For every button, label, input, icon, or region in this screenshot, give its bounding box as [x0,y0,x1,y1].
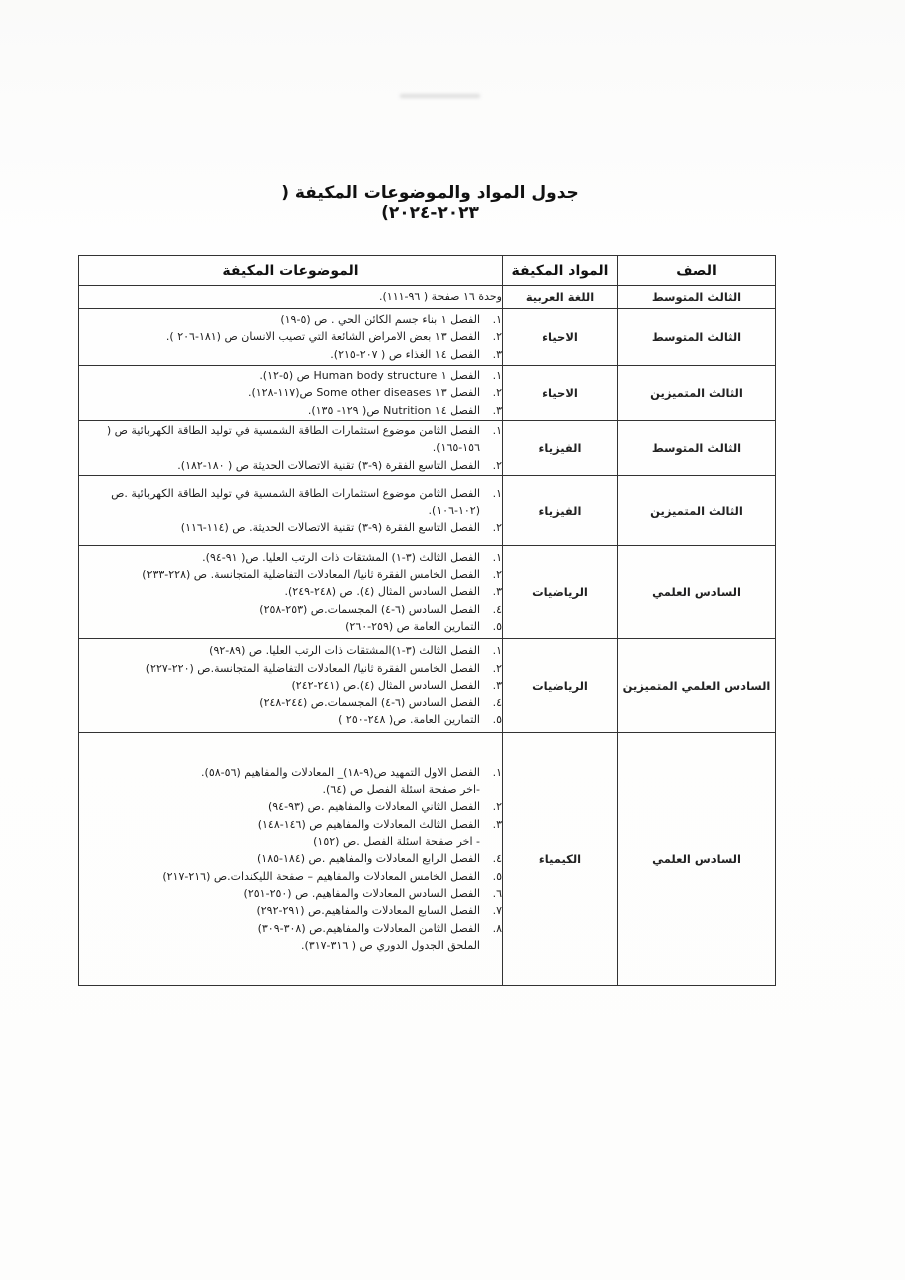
topic-item: ٣.الفصل السادس المثال (٤).ص (٢٤١-٢٤٢) [79,677,502,694]
topic-number: ٣. [480,346,502,363]
topic-text: الفصل الرابع المعادلات والمفاهيم .ص (١٨٤… [79,850,480,867]
topic-item: ٧.الفصل السابع المعادلات والمفاهيم.ص (٢٩… [79,902,502,919]
topic-item: ٥.التمارين العامة. ص( ٢٤٨-٢٥٠ ) [79,711,502,728]
topic-number: ١. [480,422,502,439]
topic-item: ٢.الفصل ١٣ Some other diseases ص(١١٧-١٢٨… [79,384,502,401]
header-topics: الموضوعات المكيفة [79,256,503,286]
topic-item: ٣.الفصل ١٤ الغذاء ص ( ٢٠٧-٢١٥). [79,346,502,363]
topic-text: الفصل الثالث (٣-١)المشتقات ذات الرتب الع… [79,642,480,659]
topic-item: ٤.الفصل السادس (٦-٤) المجسمات.ص (٢٤٤-٢٤٨… [79,694,502,711]
topic-note: ٠.- اخر صفحة اسئلة الفصل .ص (١٥٢) [79,833,502,850]
topic-list: ١.الفصل ١ Human body structure ص (٥-١٢).… [79,367,502,419]
topic-number: ١. [480,764,502,781]
topic-text: التمارين العامة. ص( ٢٤٨-٢٥٠ ) [79,711,480,728]
table-row: الثالث المتوسط اللغة العربية وحدة ١٦ صفح… [79,286,776,309]
topics-cell: ١.الفصل الاول التمهيد ص(٩-١٨)_ المعادلات… [79,733,503,986]
topic-number: ٣. [480,402,502,419]
topic-text: الملحق الجدول الدوري ص ( ٣١٦-٣١٧). [79,937,480,954]
topic-number: ٣. [480,677,502,694]
topic-item: ١.الفصل الثالث (٣-١)المشتقات ذات الرتب ا… [79,642,502,659]
topic-number: ١. [480,367,502,384]
table-row: الثالث المتميزين الفيزياء ١.الفصل الثامن… [79,476,776,546]
table-header-row: الصف المواد المكيفة الموضوعات المكيفة [79,256,776,286]
table-row: السادس العلمي الرياضيات ١.الفصل الثالث (… [79,546,776,639]
topic-number: ٨. [480,920,502,937]
topics-cell: ١.الفصل ١ بناء جسم الكائن الحي . ص (٥-١٩… [79,309,503,366]
topic-text: الفصل الخامس الفقرة ثانيا/ المعادلات الت… [79,566,480,583]
topic-text: الفصل الخامس المعادلات والمفاهيم – صفحة … [79,868,480,885]
topic-item: ٢.الفصل الثاني المعادلات والمفاهيم .ص (٩… [79,798,502,815]
topic-text: الفصل الثامن موضوع استثمارات الطاقة الشم… [79,485,480,520]
topic-number: ٥. [480,618,502,635]
grade-cell: السادس العلمي المتميزين [618,639,776,733]
table-row: الثالث المتميزين الاحياء ١.الفصل ١ Human… [79,366,776,421]
topic-list: ١.الفصل ١ بناء جسم الكائن الحي . ص (٥-١٩… [79,311,502,363]
grade-cell: الثالث المتوسط [618,286,776,309]
topic-number: ٦. [480,885,502,902]
topic-text: الفصل الثالث (٣-١) المشتقات ذات الرتب ال… [79,549,480,566]
topic-number: ٣. [480,583,502,600]
topic-item: ٦.الفصل السادس المعادلات والمفاهيم. ص (٢… [79,885,502,902]
topic-item: ٣.الفصل الثالث المعادلات والمفاهيم ص (١٤… [79,816,502,833]
topic-item: ٥.التمارين العامة ص (٢٥٩-٢٦٠) [79,618,502,635]
topic-number: ٧. [480,902,502,919]
topic-number: ١. [480,549,502,566]
topic-number: ٥. [480,711,502,728]
topic-number: ٥. [480,868,502,885]
topic-item: ٢.الفصل التاسع الفقرة (٩-٣) تقنية الاتصا… [79,457,502,474]
topic-item: ٥.الفصل الخامس المعادلات والمفاهيم – صفح… [79,868,502,885]
topic-text: الفصل الخامس الفقرة ثانيا/ المعادلات الت… [79,660,480,677]
header-grade: الصف [618,256,776,286]
topics-cell: وحدة ١٦ صفحة ( ٩٦-١١١). [79,286,503,309]
grade-cell: الثالث المتوسط [618,421,776,476]
topic-number: ٢. [480,566,502,583]
topic-number: ١. [480,642,502,659]
topic-text: وحدة ١٦ صفحة ( ٩٦-١١١). [379,290,502,303]
topic-text: -اخر صفحة اسئلة الفصل ص (٦٤). [79,781,480,798]
topic-number: ١. [480,485,502,502]
topic-text: الفصل الاول التمهيد ص(٩-١٨)_ المعادلات و… [79,764,480,781]
topic-item: ١.الفصل ١ بناء جسم الكائن الحي . ص (٥-١٩… [79,311,502,328]
topic-text: الفصل التاسع الفقرة (٩-٣) تقنية الاتصالا… [79,457,480,474]
topic-text: الفصل الثامن موضوع استثمارات الطاقة الشم… [79,422,480,457]
topic-text: الفصل السابع المعادلات والمفاهيم.ص (٢٩١-… [79,902,480,919]
topic-list: ١.الفصل الثامن موضوع استثمارات الطاقة ال… [79,422,502,474]
grade-cell: الثالث المتميزين [618,366,776,421]
document-title: جدول المواد والموضوعات المكيفة ( ٢٠٢٣-٢٠… [240,183,620,223]
topic-list: ١.الفصل الثامن موضوع استثمارات الطاقة ال… [79,485,502,537]
subject-cell: الاحياء [503,309,618,366]
table-row: الثالث المتوسط الاحياء ١.الفصل ١ بناء جس… [79,309,776,366]
topic-item: ٣.الفصل ١٤ Nutrition ص( ١٢٩- ١٣٥). [79,402,502,419]
topic-item: ٢.الفصل الخامس الفقرة ثانيا/ المعادلات ا… [79,660,502,677]
topic-note: ٠.الملحق الجدول الدوري ص ( ٣١٦-٣١٧). [79,937,502,954]
topic-list: ١.الفصل الثالث (٣-١) المشتقات ذات الرتب … [79,549,502,635]
grade-cell: السادس العلمي [618,733,776,986]
subject-cell: الرياضيات [503,546,618,639]
topic-number: ٢. [480,457,502,474]
topic-item: ١.الفصل الثامن موضوع استثمارات الطاقة ال… [79,485,502,520]
subject-cell: الكيمياء [503,733,618,986]
table-row: السادس العلمي المتميزين الرياضيات ١.الفص… [79,639,776,733]
table-row: الثالث المتوسط الفيزياء ١.الفصل الثامن م… [79,421,776,476]
topic-list: ١.الفصل الثالث (٣-١)المشتقات ذات الرتب ا… [79,642,502,728]
topics-cell: ١.الفصل الثالث (٣-١)المشتقات ذات الرتب ا… [79,639,503,733]
topic-text: الفصل ١٤ الغذاء ص ( ٢٠٧-٢١٥). [79,346,480,363]
table-row: السادس العلمي الكيمياء ١.الفصل الاول الت… [79,733,776,986]
table-body: الثالث المتوسط اللغة العربية وحدة ١٦ صفح… [79,286,776,986]
topic-number: ٢. [480,798,502,815]
topic-text: الفصل السادس (٦-٤) المجسمات.ص (٢٥٣-٢٥٨) [79,601,480,618]
topic-text: الفصل ١٤ Nutrition ص( ١٢٩- ١٣٥). [79,402,480,419]
grade-cell: السادس العلمي [618,546,776,639]
topic-text: الفصل السادس (٦-٤) المجسمات.ص (٢٤٤-٢٤٨) [79,694,480,711]
topic-number: ٢. [480,660,502,677]
topic-number: ٤. [480,601,502,618]
subject-cell: الفيزياء [503,476,618,546]
topics-cell: ١.الفصل الثامن موضوع استثمارات الطاقة ال… [79,476,503,546]
topic-text: الفصل ١٣ Some other diseases ص(١١٧-١٢٨). [79,384,480,401]
subject-cell: الاحياء [503,366,618,421]
topic-item: ٢.الفصل ١٣ بعض الامراض الشائعة التي تصيب… [79,328,502,345]
header-subject: المواد المكيفة [503,256,618,286]
topics-cell: ١.الفصل الثامن موضوع استثمارات الطاقة ال… [79,421,503,476]
topic-number: ٤. [480,850,502,867]
topic-text: الفصل التاسع الفقرة (٩-٣) تقنية الاتصالا… [79,519,480,536]
grade-cell: الثالث المتوسط [618,309,776,366]
topic-item: ١.الفصل الاول التمهيد ص(٩-١٨)_ المعادلات… [79,764,502,781]
topic-text: الفصل ١ بناء جسم الكائن الحي . ص (٥-١٩) [79,311,480,328]
topic-text: الفصل الثاني المعادلات والمفاهيم .ص (٩٣-… [79,798,480,815]
topic-item: ٢.الفصل التاسع الفقرة (٩-٣) تقنية الاتصا… [79,519,502,536]
subject-cell: الفيزياء [503,421,618,476]
grade-cell: الثالث المتميزين [618,476,776,546]
topic-item: ١.الفصل الثالث (٣-١) المشتقات ذات الرتب … [79,549,502,566]
topic-item: ٢.الفصل الخامس الفقرة ثانيا/ المعادلات ا… [79,566,502,583]
topic-note: ٠.-اخر صفحة اسئلة الفصل ص (٦٤). [79,781,502,798]
topic-text: الفصل ١ Human body structure ص (٥-١٢). [79,367,480,384]
topic-item: ٣.الفصل السادس المثال (٤). ص (٢٤٨-٢٤٩). [79,583,502,600]
topic-list: ١.الفصل الاول التمهيد ص(٩-١٨)_ المعادلات… [79,764,502,954]
topic-text: الفصل الثامن المعادلات والمفاهيم.ص (٣٠٨-… [79,920,480,937]
topic-text: الفصل السادس المثال (٤).ص (٢٤١-٢٤٢) [79,677,480,694]
topics-cell: ١.الفصل الثالث (٣-١) المشتقات ذات الرتب … [79,546,503,639]
topic-number: ٤. [480,694,502,711]
topic-number: ٢. [480,384,502,401]
document-page: جدول المواد والموضوعات المكيفة ( ٢٠٢٣-٢٠… [0,0,905,1280]
topic-number: ٣. [480,816,502,833]
topic-item: ١.الفصل الثامن موضوع استثمارات الطاقة ال… [79,422,502,457]
topic-text: الفصل السادس المعادلات والمفاهيم. ص (٢٥٠… [79,885,480,902]
scan-smudge [400,94,480,98]
subject-cell: اللغة العربية [503,286,618,309]
topics-cell: ١.الفصل ١ Human body structure ص (٥-١٢).… [79,366,503,421]
subject-cell: الرياضيات [503,639,618,733]
topic-number: ٢. [480,328,502,345]
topic-text: الفصل الثالث المعادلات والمفاهيم ص (١٤٦-… [79,816,480,833]
topic-text: التمارين العامة ص (٢٥٩-٢٦٠) [79,618,480,635]
topic-item: ٤.الفصل الرابع المعادلات والمفاهيم .ص (١… [79,850,502,867]
topic-item: ٨.الفصل الثامن المعادلات والمفاهيم.ص (٣٠… [79,920,502,937]
topic-item: ٤.الفصل السادس (٦-٤) المجسمات.ص (٢٥٣-٢٥٨… [79,601,502,618]
topic-text: - اخر صفحة اسئلة الفصل .ص (١٥٢) [79,833,480,850]
topic-item: ١.الفصل ١ Human body structure ص (٥-١٢). [79,367,502,384]
topic-text: الفصل ١٣ بعض الامراض الشائعة التي تصيب ا… [79,328,480,345]
topic-number: ١. [480,311,502,328]
topic-number: ٢. [480,519,502,536]
adapted-subjects-table: الصف المواد المكيفة الموضوعات المكيفة ال… [78,255,776,986]
topic-text: الفصل السادس المثال (٤). ص (٢٤٨-٢٤٩). [79,583,480,600]
